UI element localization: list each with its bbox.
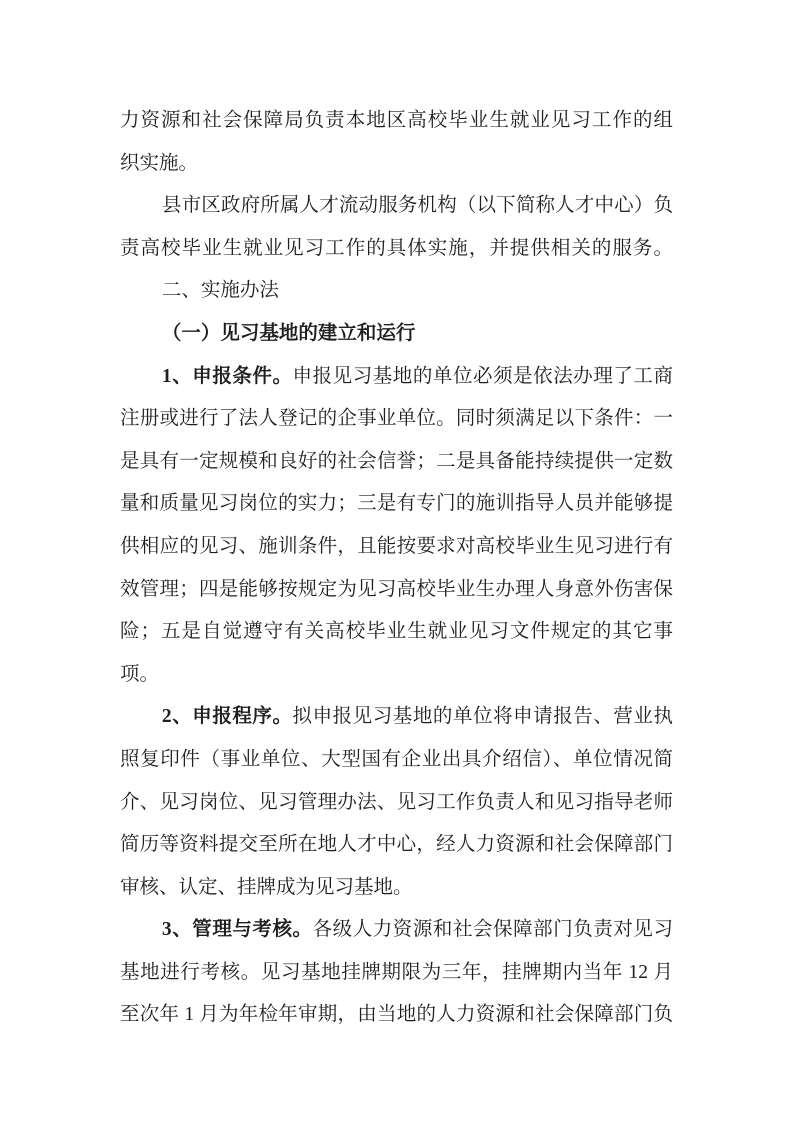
- text-segment: 各级人力资源和社会保障部门负责对见习: [313, 919, 673, 940]
- text-line: 县市区政府所属人才流动服务机构（以下简称人才中心）负: [120, 185, 673, 228]
- text-line: 力资源和社会保障局负责本地区高校毕业生就业见习工作的组: [120, 100, 673, 143]
- text-segment: 申报见习基地的单位必须是依法办理了工商: [293, 366, 673, 387]
- text-segment: 至次年 1 月为年检年审期，由当地的人力资源和社会保障部门负: [120, 1004, 673, 1025]
- text-line: 是具有一定规模和良好的社会信誉；二是具备能持续提供一定数: [120, 441, 673, 484]
- document-page: 力资源和社会保障局负责本地区高校毕业生就业见习工作的组织实施。县市区政府所属人才…: [0, 0, 793, 1122]
- text-line: 项。: [120, 654, 673, 697]
- text-line: 介、见习岗位、见习管理办法、见习工作负责人和见习指导老师: [120, 782, 673, 825]
- bold-text-segment: 1、申报条件。: [162, 366, 293, 387]
- text-line: 基地进行考核。见习基地挂牌期限为三年，挂牌期内当年 12 月: [120, 952, 673, 995]
- text-line: 2、申报程序。拟申报见习基地的单位将申请报告、营业执: [120, 696, 673, 739]
- text-segment: 织实施。: [120, 153, 198, 174]
- bold-text-segment: 2、申报程序。: [162, 706, 293, 727]
- text-segment: 效管理；四是能够按规定为见习高校毕业生办理人身意外伤害保: [120, 579, 673, 600]
- text-segment: 险；五是自觉遵守有关高校毕业生就业见习文件规定的其它事: [120, 621, 673, 642]
- text-segment: 项。: [120, 664, 159, 685]
- text-line: 责高校毕业生就业见习工作的具体实施，并提供相关的服务。: [120, 228, 673, 271]
- text-line: 简历等资料提交至所在地人才中心，经人力资源和社会保障部门: [120, 824, 673, 867]
- text-line: 注册或进行了法人登记的企事业单位。同时须满足以下条件：一: [120, 398, 673, 441]
- text-line: 至次年 1 月为年检年审期，由当地的人力资源和社会保障部门负: [120, 994, 673, 1037]
- bold-text-segment: （一）见习基地的建立和运行: [162, 323, 416, 344]
- text-segment: 量和质量见习岗位的实力；三是有专门的施训指导人员并能够提: [120, 493, 673, 514]
- text-line: 供相应的见习、施训条件，且能按要求对高校毕业生见习进行有: [120, 526, 673, 569]
- text-line: 3、管理与考核。各级人力资源和社会保障部门负责对见习: [120, 909, 673, 952]
- text-segment: 是具有一定规模和良好的社会信誉；二是具备能持续提供一定数: [120, 451, 673, 472]
- text-segment: 供相应的见习、施训条件，且能按要求对高校毕业生见习进行有: [120, 536, 673, 557]
- text-segment: 基地进行考核。见习基地挂牌期限为三年，挂牌期内当年 12 月: [120, 962, 673, 983]
- text-line: 量和质量见习岗位的实力；三是有专门的施训指导人员并能够提: [120, 483, 673, 526]
- text-segment: 县市区政府所属人才流动服务机构（以下简称人才中心）负: [162, 195, 673, 216]
- text-line: 险；五是自觉遵守有关高校毕业生就业见习文件规定的其它事: [120, 611, 673, 654]
- text-segment: 照复印件（事业单位、大型国有企业出具介绍信）、单位情况简: [120, 749, 673, 770]
- text-line: 效管理；四是能够按规定为见习高校毕业生办理人身意外伤害保: [120, 569, 673, 612]
- document-body: 力资源和社会保障局负责本地区高校毕业生就业见习工作的组织实施。县市区政府所属人才…: [120, 100, 673, 1037]
- text-segment: 介、见习岗位、见习管理办法、见习工作负责人和见习指导老师: [120, 792, 673, 813]
- text-line: 织实施。: [120, 143, 673, 186]
- text-segment: 二、实施办法: [162, 280, 279, 301]
- text-segment: 责高校毕业生就业见习工作的具体实施，并提供相关的服务。: [120, 238, 673, 259]
- text-line: 照复印件（事业单位、大型国有企业出具介绍信）、单位情况简: [120, 739, 673, 782]
- text-segment: 注册或进行了法人登记的企事业单位。同时须满足以下条件：一: [120, 408, 673, 429]
- text-segment: 简历等资料提交至所在地人才中心，经人力资源和社会保障部门: [120, 834, 673, 855]
- text-line: 1、申报条件。申报见习基地的单位必须是依法办理了工商: [120, 356, 673, 399]
- text-segment: 审核、认定、挂牌成为见习基地。: [120, 877, 413, 898]
- text-line: 二、实施办法: [120, 270, 673, 313]
- text-line: （一）见习基地的建立和运行: [120, 313, 673, 356]
- text-line: 审核、认定、挂牌成为见习基地。: [120, 867, 673, 910]
- bold-text-segment: 3、管理与考核。: [162, 919, 313, 940]
- text-segment: 拟申报见习基地的单位将申请报告、营业执: [293, 706, 673, 727]
- text-segment: 力资源和社会保障局负责本地区高校毕业生就业见习工作的组: [120, 110, 673, 131]
